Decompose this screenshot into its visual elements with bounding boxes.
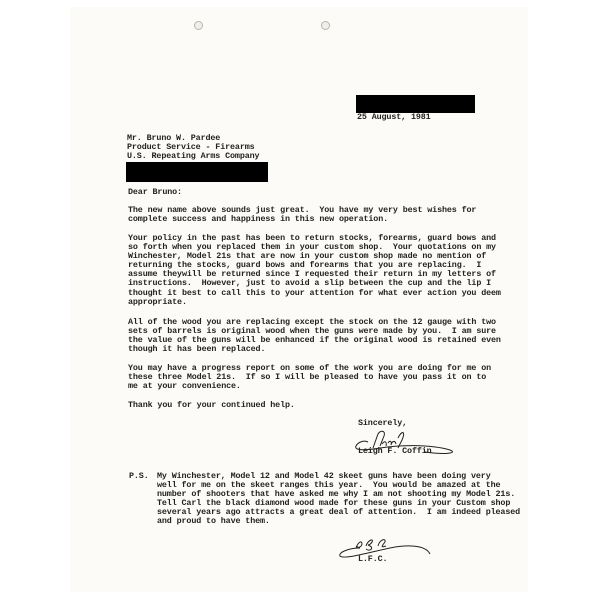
paragraph-line: complete success and happiness in this n… xyxy=(128,215,476,224)
redacted-recipient-address xyxy=(126,162,268,182)
ps-line: and proud to have them. xyxy=(157,517,520,526)
paragraph-5: Thank you for your continued help. xyxy=(128,401,295,410)
ps-paragraph: My Winchester, Model 12 and Model 42 ske… xyxy=(157,472,520,527)
punch-hole-icon xyxy=(194,21,203,30)
initials: L.F.C. xyxy=(358,555,387,564)
letter-date: 25 August, 1981 xyxy=(357,113,431,122)
paragraph-3: All of the wood you are replacing except… xyxy=(128,318,501,354)
signature-name: Leigh F. Coffin xyxy=(358,447,432,456)
paragraph-line: Thank you for your continued help. xyxy=(128,401,295,410)
ps-label: P.S. xyxy=(129,472,149,481)
paragraph-line: though it has been replaced. xyxy=(128,345,501,354)
recipient-company: U.S. Repeating Arms Company xyxy=(127,152,259,161)
redacted-sender-address xyxy=(356,95,475,113)
paragraph-2: Your policy in the past has been to retu… xyxy=(128,234,501,307)
paragraph-line: me at your convenience. xyxy=(128,382,491,391)
paragraph-4: You may have a progress report on some o… xyxy=(128,364,491,391)
closing: Sincerely, xyxy=(358,419,407,428)
paragraph-1: The new name above sounds just great. Yo… xyxy=(128,206,476,224)
punch-hole-icon xyxy=(321,21,330,30)
salutation: Dear Bruno: xyxy=(128,188,182,197)
paragraph-line: appropriate. xyxy=(128,298,501,307)
